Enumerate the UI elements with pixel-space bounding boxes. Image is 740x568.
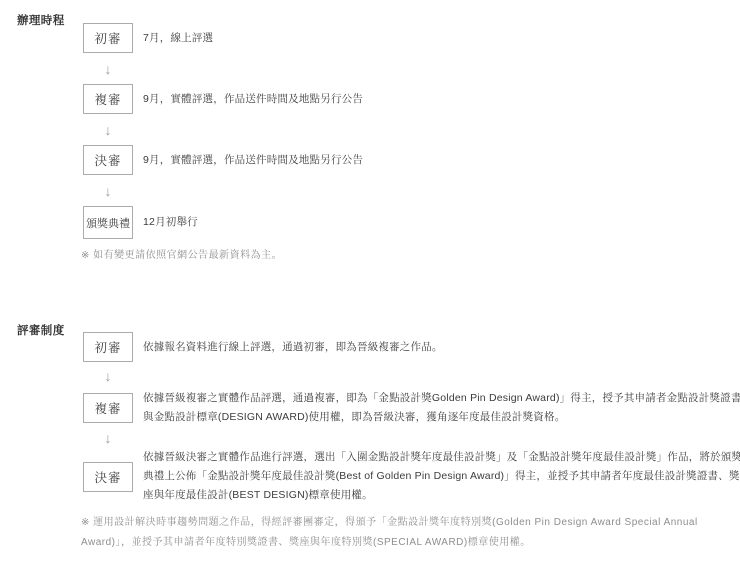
footnote: ※ 運用設計解決時事趨勢問題之作品，得經評審團審定，得頒予「金點設計獎年度特別獎… (81, 513, 736, 553)
flow-step-preliminary: 初審 依據報名資料進行線上評選，通過初審，即為晉級複審之作品。 (83, 332, 740, 362)
step-description: 9月，實體評選，作品送件時間及地點另行公告 (143, 90, 363, 109)
flow-step-final: 決審 依據晉級決審之實體作品進行評選，選出「入圍金點設計獎年度最佳設計獎」及「金… (83, 448, 740, 505)
page: 辦理時程 初審 7月，線上評選 ↓ 複審 9月，實體評選，作品送件時間及地點另行… (0, 0, 740, 568)
flow-step-second: 複審 依據晉級複審之實體作品評選，通過複審，即為「金點設計獎Golden Pin… (83, 389, 740, 427)
step-description: 依據報名資料進行線上評選，通過初審，即為晉級複審之作品。 (143, 338, 740, 357)
step-box: 初審 (83, 23, 133, 53)
step-box: 決審 (83, 462, 133, 492)
flow-processing-schedule: 初審 7月，線上評選 ↓ 複審 9月，實體評選，作品送件時間及地點另行公告 ↓ … (83, 23, 363, 239)
arrow-down-icon: ↓ (83, 175, 133, 206)
arrow-down-icon: ↓ (83, 427, 133, 448)
arrow-down-icon: ↓ (83, 53, 133, 84)
section-title: 辦理時程 (17, 12, 65, 28)
section-title: 評審制度 (17, 322, 65, 338)
flow-step-second: 複審 9月，實體評選，作品送件時間及地點另行公告 (83, 84, 363, 114)
section-review-system: 評審制度 初審 依據報名資料進行線上評選，通過初審，即為晉級複審之作品。 ↓ 複… (0, 310, 740, 568)
step-box: 複審 (83, 393, 133, 423)
flow-step-preliminary: 初審 7月，線上評選 (83, 23, 363, 53)
step-description: 依據晉級決審之實體作品進行評選，選出「入圍金點設計獎年度最佳設計獎」及「金點設計… (143, 448, 740, 505)
step-box: 決審 (83, 145, 133, 175)
arrow-down-icon: ↓ (83, 114, 133, 145)
flow-review-system: 初審 依據報名資料進行線上評選，通過初審，即為晉級複審之作品。 ↓ 複審 依據晉… (83, 332, 740, 505)
flow-step-award-ceremony: 頒獎典禮 12月初舉行 (83, 206, 363, 239)
step-description: 9月，實體評選，作品送件時間及地點另行公告 (143, 151, 363, 170)
section-processing-schedule: 辦理時程 初審 7月，線上評選 ↓ 複審 9月，實體評選，作品送件時間及地點另行… (0, 0, 740, 310)
step-box: 頒獎典禮 (83, 206, 133, 239)
footnote: ※ 如有變更請依照官網公告最新資料為主。 (81, 246, 282, 266)
step-box: 初審 (83, 332, 133, 362)
step-box: 複審 (83, 84, 133, 114)
step-description: 12月初舉行 (143, 213, 198, 232)
step-description: 依據晉級複審之實體作品評選，通過複審，即為「金點設計獎Golden Pin De… (143, 389, 740, 427)
step-description: 7月，線上評選 (143, 29, 213, 48)
arrow-down-icon: ↓ (83, 362, 133, 389)
flow-step-final: 決審 9月，實體評選，作品送件時間及地點另行公告 (83, 145, 363, 175)
